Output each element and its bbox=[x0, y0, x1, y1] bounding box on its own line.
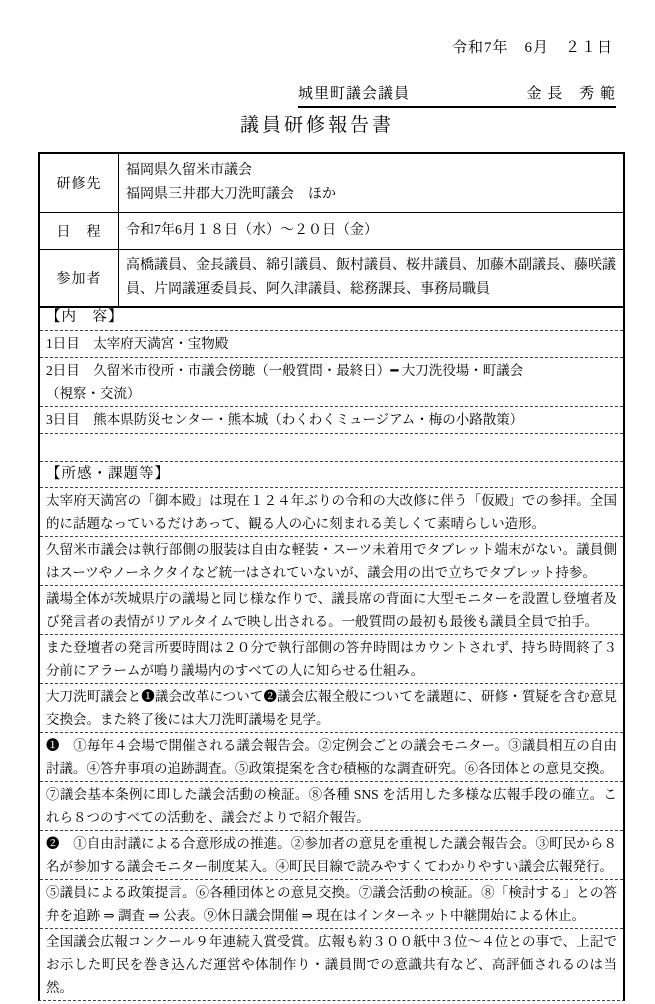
row-value-training-site: 福岡県久留米市議会 福岡県三井郡大刀洗町議会 ほか bbox=[119, 153, 625, 213]
impressions-row-3: 議場全体が茨城県庁の議場と同じ様な作りで、議長席の背面に大型モニターを設置し登壇… bbox=[40, 585, 623, 634]
report-page: 令和7年 6月 ２１日 城里町議会議員 金 長 秀 範 議員研修報告書 研修先 … bbox=[0, 0, 655, 1004]
signer-role: 城里町議会議員 bbox=[298, 82, 410, 103]
impressions-row-9: ⑤議員による政策提言。⑥各種団体との意見交換。⑦議会活動の検証。⑧「検討する」と… bbox=[40, 879, 623, 928]
table-row-schedule: 日 程 令和7年6月１８日（水）～２０日（金） bbox=[39, 213, 624, 250]
signer-name: 金 長 秀 範 bbox=[526, 82, 616, 103]
row-label-training-site: 研修先 bbox=[39, 153, 119, 213]
impressions-row-8: ❷ ①自由討議による合意形成の推進。②参加者の意見を重視した議会報告会。③町民か… bbox=[40, 830, 623, 879]
impressions-section-heading: 【所感・課題等】 bbox=[40, 461, 623, 487]
page-title: 議員研修報告書 bbox=[240, 110, 394, 137]
impressions-row-5: 大刀洗町議会と❶議会改革について❷議会広報全般についてを議題に、研修・質疑を含む… bbox=[40, 683, 623, 732]
row-value-schedule: 令和7年6月１８日（水）～２０日（金） bbox=[119, 213, 625, 250]
row-label-participants: 参加者 bbox=[39, 250, 119, 308]
content-row-empty bbox=[40, 433, 623, 461]
content-row-day3: 3日目 熊本県防災センター・熊本城（わくわくミュージアム・梅の小路散策） bbox=[40, 406, 623, 433]
impressions-row-4: また登壇者の発言所要時間は２０分で執行部側の答弁時間はカウントされず、持ち時間終… bbox=[40, 634, 623, 683]
impressions-row-10: 全国議会広報コンクール９年連続入賞受賞。広報も約３００紙中３位～４位との事で、上… bbox=[40, 928, 623, 1000]
info-table: 研修先 福岡県久留米市議会 福岡県三井郡大刀洗町議会 ほか 日 程 令和7年6月… bbox=[38, 152, 625, 308]
impressions-row-1: 太宰府天満宮の「御本殿」は現在１２４年ぶりの令和の大改修に伴う「仮殿」での参拝。… bbox=[40, 487, 623, 536]
impressions-row-7: ⑦議会基本条例に即した議会活動の検証。⑧各種 SNS を活用した多様な広報手段の… bbox=[40, 781, 623, 830]
report-date: 令和7年 6月 ２１日 bbox=[452, 36, 613, 57]
table-row-training-site: 研修先 福岡県久留米市議会 福岡県三井郡大刀洗町議会 ほか bbox=[39, 153, 624, 213]
content-section-heading: 【内 容】 bbox=[40, 305, 623, 330]
row-label-schedule: 日 程 bbox=[39, 213, 119, 250]
content-box: 【内 容】 1日目 太宰府天満宮・宝物殿 2日目 久留米市役所・市議会傍聴（一般… bbox=[38, 305, 625, 1001]
impressions-row-6: ❶ ①毎年４会場で開催される議会報告会。②定例会ごとの議会モニター。③議員相互の… bbox=[40, 732, 623, 781]
table-row-participants: 参加者 高橋議員、金長議員、綿引議員、飯村議員、桜井議員、加藤木副議長、藤咲議員… bbox=[39, 250, 624, 308]
signer-line: 城里町議会議員 金 長 秀 範 bbox=[298, 82, 616, 108]
content-row-day1: 1日目 太宰府天満宮・宝物殿 bbox=[40, 330, 623, 357]
impressions-row-2: 久留米市議会は執行部側の服装は自由な軽装・スーツ未着用でタブレット端末がない。議… bbox=[40, 536, 623, 585]
content-row-day2: 2日目 久留米市役所・市議会傍聴（一般質問・最終日）━ 大刀洗役場・町議会 （視… bbox=[40, 357, 623, 406]
row-value-participants: 高橋議員、金長議員、綿引議員、飯村議員、桜井議員、加藤木副議長、藤咲議員、片岡議… bbox=[119, 250, 625, 308]
